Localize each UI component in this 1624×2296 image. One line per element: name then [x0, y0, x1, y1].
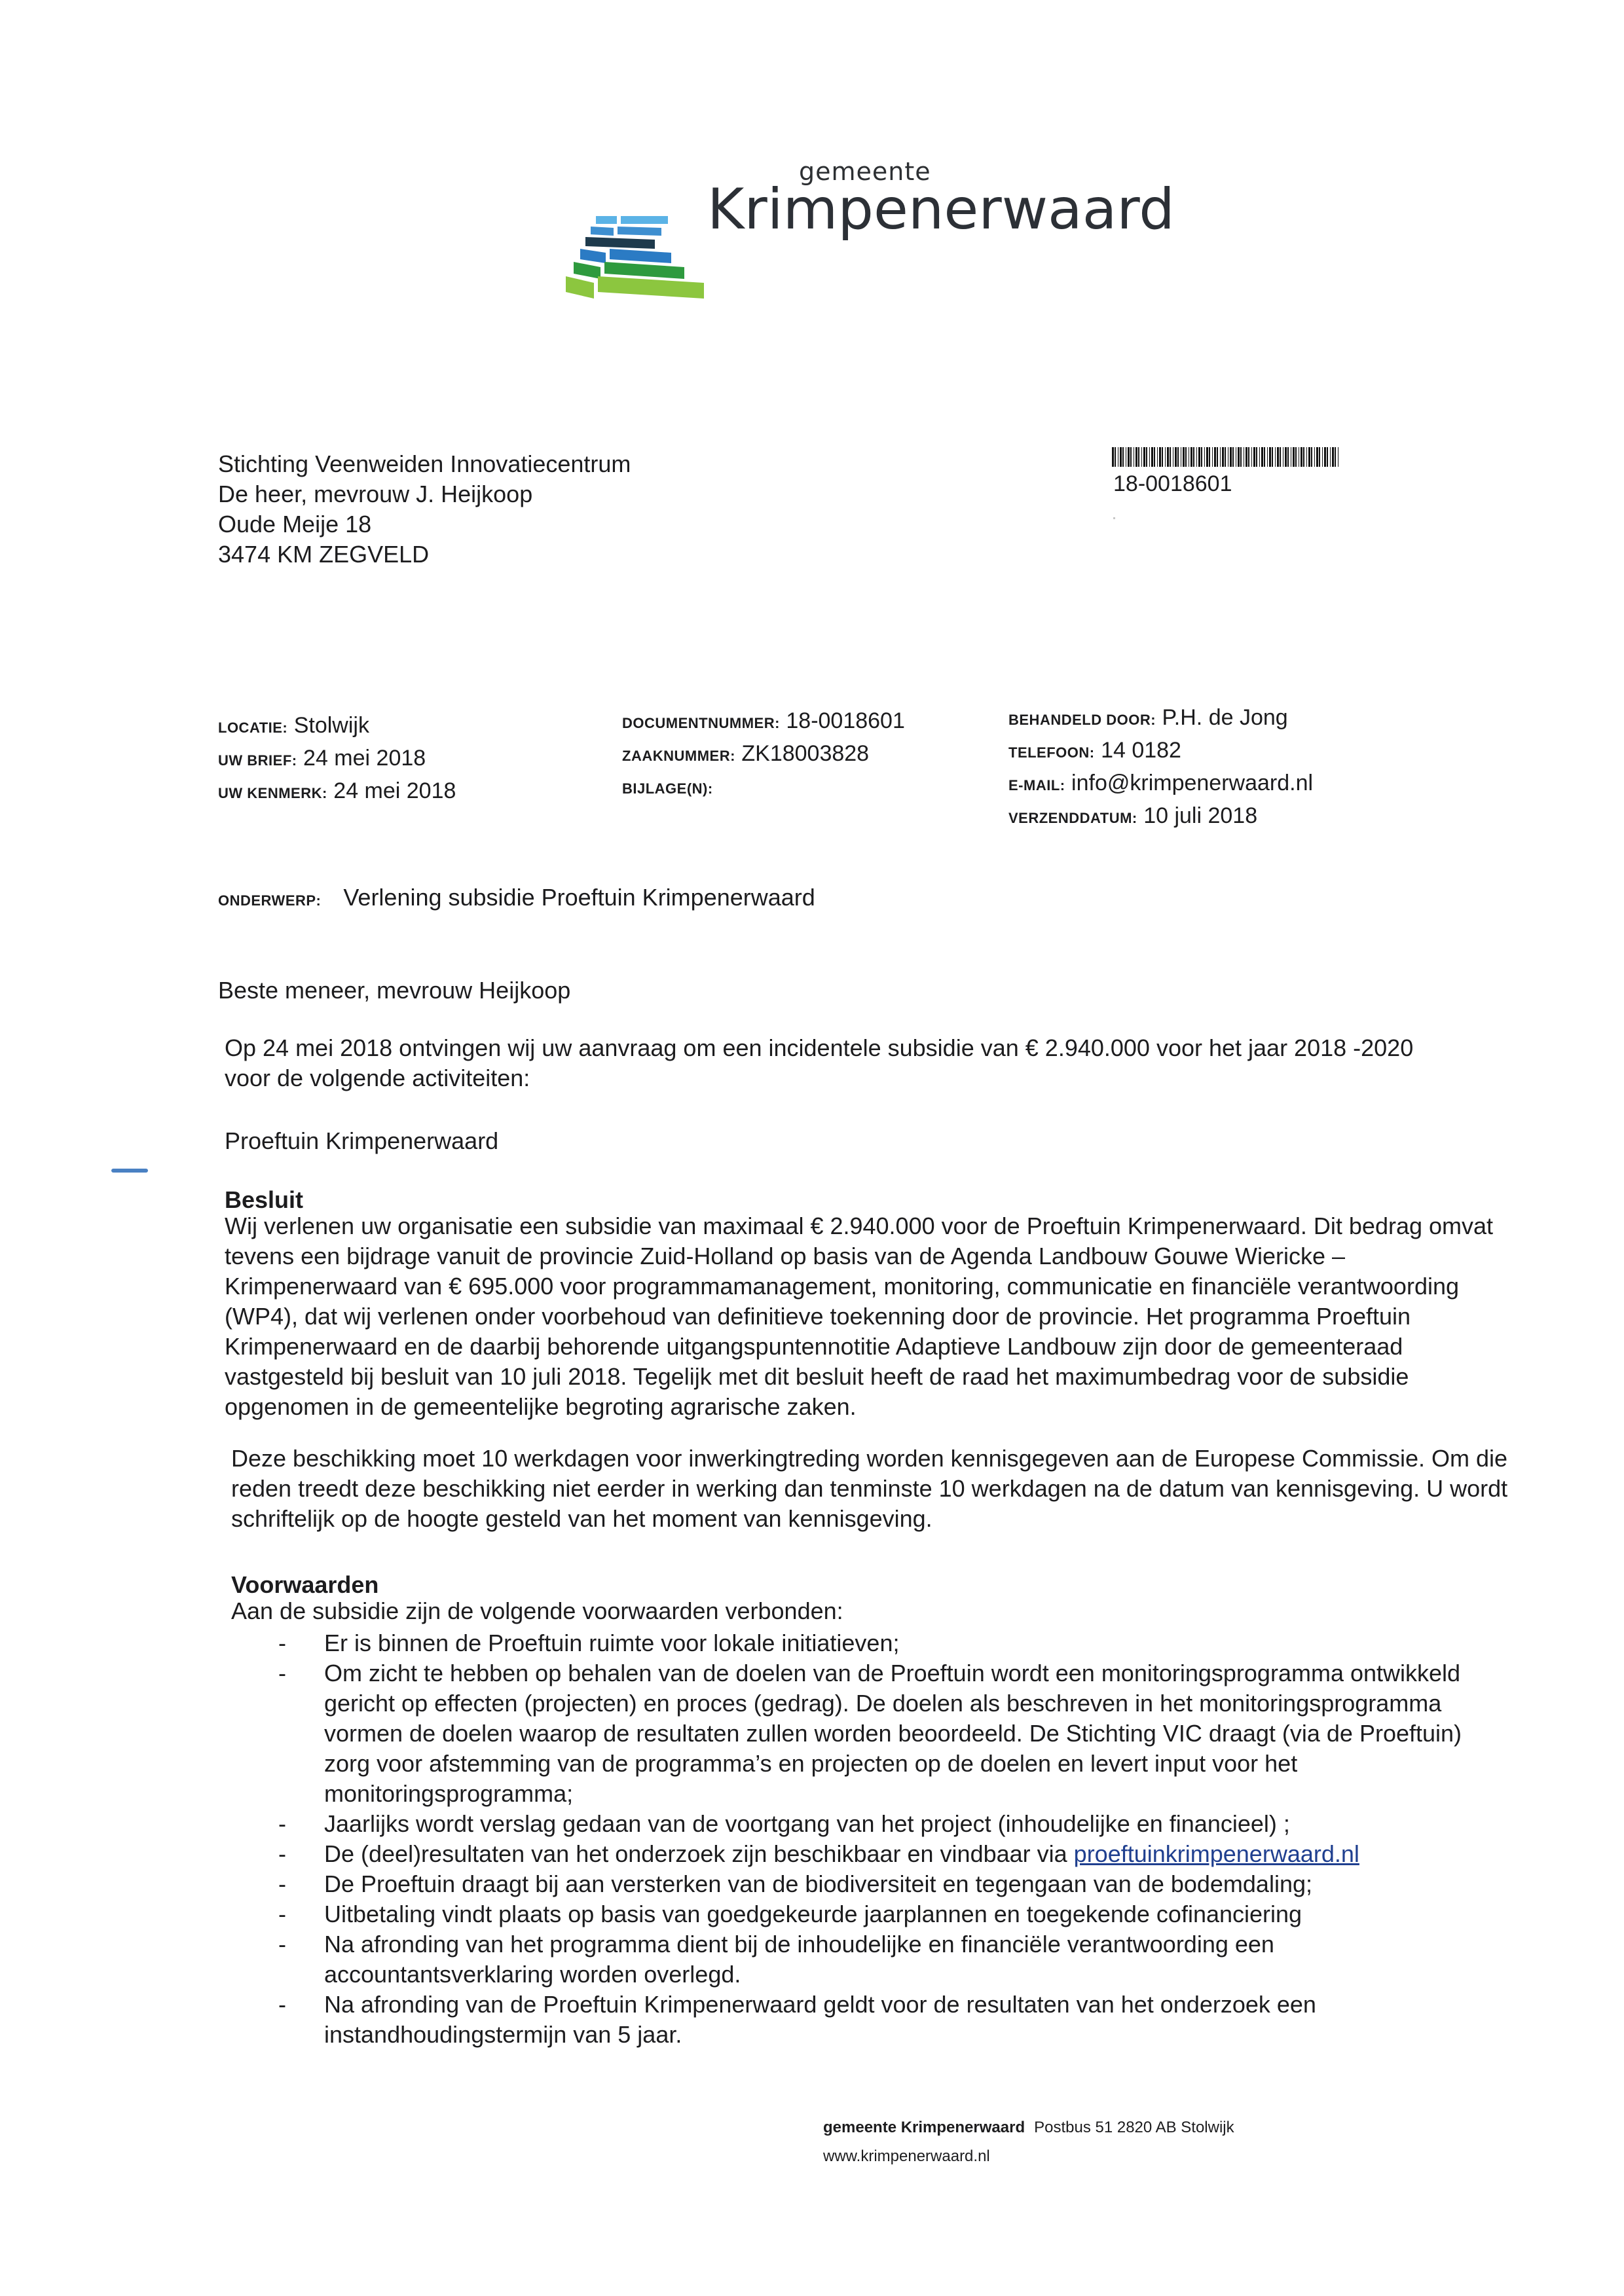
recipient-city: 3474 KM ZEGVELD	[218, 539, 631, 570]
municipality-logo: gemeente Krimpenerwaard	[557, 151, 1133, 301]
voorwaarde-item: -De Proeftuin draagt bij aan versterken …	[231, 1869, 1508, 1899]
meta-uw-kenmerk: Uw kenmerk: 24 mei 2018	[218, 776, 456, 809]
footer-address: Postbus 51 2820 AB Stolwijk	[1034, 2119, 1234, 2136]
notice-paragraph: Deze beschikking moet 10 werkdagen voor …	[231, 1444, 1508, 1534]
meta-column-contact: Behandeld door: P.H. de Jong Telefoon: 1…	[1008, 702, 1313, 833]
recipient-address: Stichting Veenweiden Innovatiecentrum De…	[218, 449, 631, 570]
bullet-dash: -	[278, 1839, 286, 1869]
letter-footer: gemeente KrimpenerwaardPostbus 51 2820 A…	[823, 2113, 1234, 2171]
scan-speck	[1113, 517, 1115, 519]
subject-line: ONDERWERP:Verlening subsidie Proeftuin K…	[218, 884, 815, 911]
besluit-paragraph: Wij verlenen uw organisatie een subsidie…	[225, 1211, 1508, 1422]
activity-name: Proeftuin Krimpenerwaard	[225, 1126, 1508, 1156]
bullet-dash: -	[278, 1899, 286, 1929]
footer-org: gemeente Krimpenerwaard	[823, 2119, 1025, 2136]
meta-documentnummer: Documentnummer: 18-0018601	[622, 706, 905, 738]
bullet-dash: -	[278, 1990, 286, 2020]
proeftuin-website-link[interactable]: proeftuinkrimpenerwaard.nl	[1074, 1840, 1359, 1867]
subject-label: ONDERWERP:	[218, 892, 321, 909]
voorwaarde-item: -Jaarlijks wordt verslag gedaan van de v…	[231, 1809, 1508, 1839]
voorwaarde-text: Na afronding van het programma dient bij…	[324, 1931, 1274, 1988]
meta-email: E-mail: info@krimpenerwaard.nl	[1008, 768, 1313, 801]
meta-column-document: Documentnummer: 18-0018601 Zaaknummer: Z…	[622, 706, 905, 804]
voorwaarde-item: -Na afronding van het programma dient bi…	[231, 1929, 1508, 1990]
intro-paragraph: Op 24 mei 2018 ontvingen wij uw aanvraag…	[225, 1033, 1416, 1093]
voorwaarde-text: De Proeftuin draagt bij aan versterken v…	[324, 1870, 1312, 1897]
recipient-street: Oude Meije 18	[218, 509, 631, 539]
voorwaarden-list: -Er is binnen de Proeftuin ruimte voor l…	[231, 1628, 1508, 2050]
meta-telefoon: Telefoon: 14 0182	[1008, 735, 1313, 768]
meta-zaaknummer: Zaaknummer: ZK18003828	[622, 738, 905, 771]
voorwaarde-text: Na afronding van de Proeftuin Krimpenerw…	[324, 1991, 1316, 2048]
meta-column-reference: Locatie: Stolwijk Uw brief: 24 mei 2018 …	[218, 710, 456, 809]
voorwaarde-text: Om zicht te hebben op behalen van de doe…	[324, 1660, 1462, 1807]
salutation: Beste meneer, mevrouw Heijkoop	[218, 975, 1502, 1006]
logo-text-krimpenerwaard: Krimpenerwaard	[707, 177, 1175, 242]
voorwaarden-intro: Aan de subsidie zijn de volgende voorwaa…	[231, 1597, 843, 1625]
meta-behandeld-door: Behandeld door: P.H. de Jong	[1008, 702, 1313, 735]
footer-website: www.krimpenerwaard.nl	[823, 2142, 1234, 2171]
bullet-dash: -	[278, 1658, 286, 1688]
bullet-dash: -	[278, 1809, 286, 1839]
barcode-icon	[1112, 447, 1338, 467]
voorwaarde-item: -Uitbetaling vindt plaats op basis van g…	[231, 1899, 1508, 1929]
meta-uw-brief: Uw brief: 24 mei 2018	[218, 743, 456, 776]
meta-locatie: Locatie: Stolwijk	[218, 710, 456, 743]
voorwaarde-text: Er is binnen de Proeftuin ruimte voor lo…	[324, 1630, 899, 1656]
bullet-dash: -	[278, 1869, 286, 1899]
voorwaarde-item: -Om zicht te hebben op behalen van de do…	[231, 1658, 1508, 1809]
voorwaarde-item: -De (deel)resultaten van het onderzoek z…	[231, 1839, 1508, 1869]
pen-mark	[111, 1169, 148, 1173]
voorwaarde-text: De (deel)resultaten van het onderzoek zi…	[324, 1840, 1074, 1867]
recipient-contact: De heer, mevrouw J. Heijkoop	[218, 479, 631, 509]
meta-bijlagen: Bijlage(n):	[622, 771, 905, 804]
subject-value: Verlening subsidie Proeftuin Krimpenerwa…	[343, 884, 815, 911]
voorwaarde-text: Jaarlijks wordt verslag gedaan van de vo…	[324, 1810, 1290, 1837]
logo-stripes-icon	[557, 210, 740, 301]
voorwaarde-text: Uitbetaling vindt plaats op basis van go…	[324, 1901, 1302, 1927]
section-heading-besluit: Besluit	[225, 1186, 303, 1214]
voorwaarde-item: -Na afronding van de Proeftuin Krimpener…	[231, 1990, 1508, 2050]
barcode-number: 18-0018601	[1113, 471, 1232, 497]
bullet-dash: -	[278, 1929, 286, 1959]
voorwaarde-item: -Er is binnen de Proeftuin ruimte voor l…	[231, 1628, 1508, 1658]
meta-verzenddatum: Verzenddatum: 10 juli 2018	[1008, 801, 1313, 833]
section-heading-voorwaarden: Voorwaarden	[231, 1571, 378, 1599]
recipient-organisation: Stichting Veenweiden Innovatiecentrum	[218, 449, 631, 479]
bullet-dash: -	[278, 1628, 286, 1658]
